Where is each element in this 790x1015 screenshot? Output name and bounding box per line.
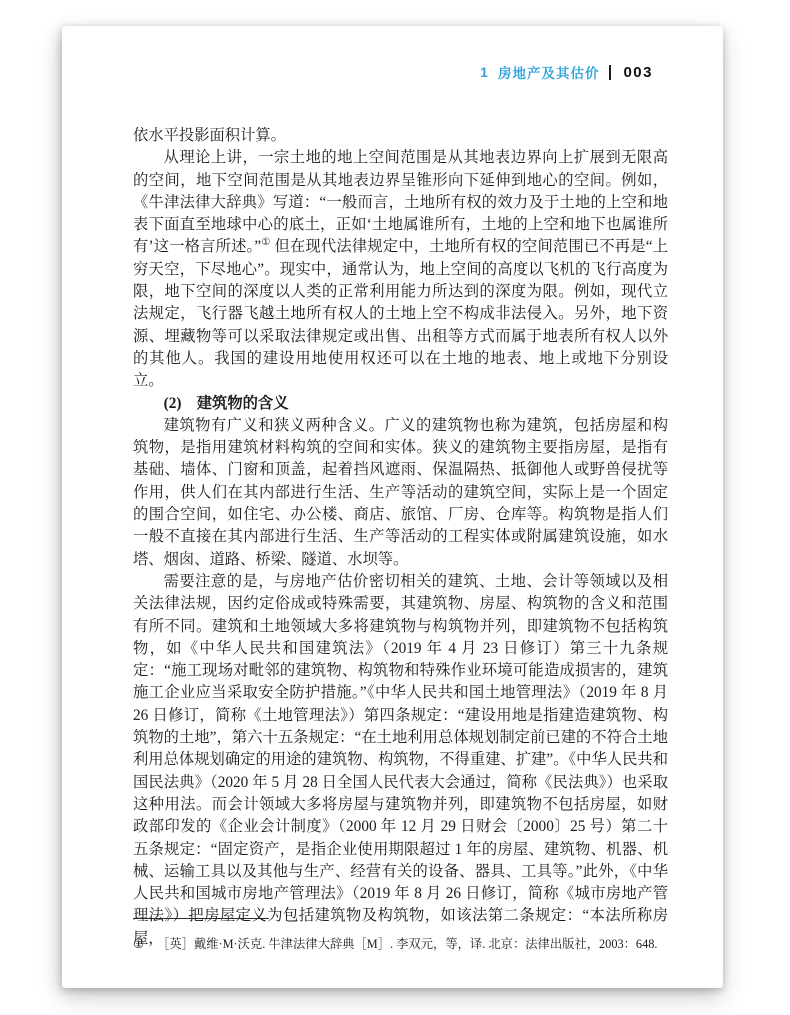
paragraph-land-space-text-b: 但在现代法律规定中，土地所有权的空间范围已不再是“上穷天空，下尽地心”。现实中，… bbox=[133, 238, 668, 389]
book-page-background: 1 房地产及其估价 003 依水平投影面积计算。 从理论上讲，一宗土地的地上空间… bbox=[0, 0, 790, 1015]
footnote: ① ［英］戴维·M·沃克. 牛津法律大辞典［M］. 李双元，等，译. 北京：法律… bbox=[133, 935, 673, 953]
body-text: 依水平投影面积计算。 从理论上讲，一宗土地的地上空间范围是从其地表边界向上扩展到… bbox=[133, 125, 668, 950]
header-divider bbox=[609, 65, 611, 80]
paragraph-intro-continuation: 依水平投影面积计算。 bbox=[133, 125, 668, 147]
footnote-marker: ① bbox=[133, 935, 144, 953]
heading-building-definition: (2) 建筑物的含义 bbox=[133, 393, 668, 415]
footnote-divider bbox=[133, 918, 269, 919]
chapter-number: 1 bbox=[480, 64, 488, 80]
paragraph-land-space: 从理论上讲，一宗土地的地上空间范围是从其地表边界向上扩展到无限高的空间，地下空间… bbox=[133, 147, 668, 392]
running-header: 1 房地产及其估价 003 bbox=[480, 62, 653, 82]
paragraph-building-definition: 建筑物有广义和狭义两种含义。广义的建筑物也称为建筑，包括房屋和构筑物，是指用建筑… bbox=[133, 415, 668, 571]
footnote-citation: ［英］戴维·M·沃克. 牛津法律大辞典［M］. 李双元，等，译. 北京：法律出版… bbox=[157, 935, 657, 953]
chapter-title: 房地产及其估价 bbox=[498, 62, 600, 82]
book-page: 1 房地产及其估价 003 依水平投影面积计算。 从理论上讲，一宗土地的地上空间… bbox=[62, 26, 723, 988]
paragraph-note-on-terms: 需要注意的是，与房地产估价密切相关的建筑、土地、会计等领域以及相关法律法规，因约… bbox=[133, 571, 668, 950]
page-number: 003 bbox=[623, 64, 653, 81]
